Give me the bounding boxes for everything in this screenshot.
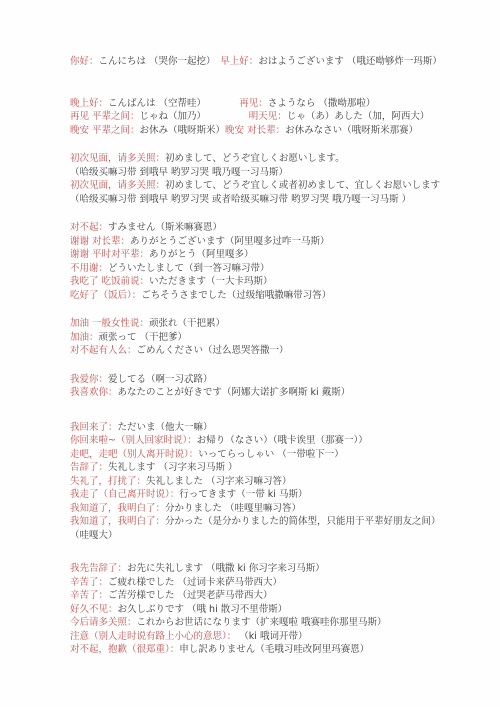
phrase-text-jp: ありがとう（阿里嘎多） (149, 249, 254, 260)
phrase-text-jp: お休み（哦呀斯米） (140, 125, 226, 136)
phrase-line: 辛苦了：ご疲れ様でした （过词卡来萨马带西大） (70, 576, 462, 590)
phrase-text-jp: ごめんください（过么恩哭答撒一） (137, 345, 289, 356)
phrase-text-jp: ありがとうございます（阿里嘎多过咋一马斯） (130, 236, 330, 247)
phrase-text-jp: 申し訳ありません（毛哦习哇改阿里玛赛恩） (179, 644, 369, 655)
phrase-line: 初次见面，请多关照：初めまして、どうぞ宜しくお愿いします。 (70, 152, 462, 166)
phrase-text-jp: 分かりました （哇嘎里嘛习答） (165, 503, 301, 514)
phrase-text-jp: 顽张れ（干把累） (149, 318, 225, 329)
phrase-line: 谢谢 平时对平辈：ありがとう（阿里嘎多） (70, 248, 462, 262)
phrase-text-jp: ご疲れ様でした （过词卡来萨马带西大） (108, 577, 282, 588)
phrase-label-cn: 失礼了，打扰了： (70, 476, 146, 487)
phrase-label-cn: 你回来啦~（别人回家时说）： (70, 435, 197, 446)
phrase-line: 失礼了，打扰了：失礼しました （习字来习嘛习答） (70, 475, 462, 489)
phrase-line: 我走了（自己离开时说）：行ってきます（一带 ki 马斯） (70, 488, 462, 502)
phrase-line: 晚安 平辈之间：お休み（哦呀斯米）晚安 对长辈：お休みなさい（哦呀斯米那赛） (70, 124, 462, 138)
phrase-text-jp: （哇嘎大） (70, 530, 118, 541)
phrase-label-cn: 晚安 对长辈： (225, 125, 285, 136)
phrase-line: 初次见面，请多关照：初めまして、どうぞ宜しく或者初めまして、宜しくお愿いします (70, 179, 462, 193)
phrase-label-cn: 初次见面，请多关照： (70, 180, 165, 191)
phrase-section: 你好：こんにちは （哭你一起挖） 早上好：おはようございます （哦还呦够炸一玛斯… (70, 55, 462, 69)
phrase-label-cn: 走吧，走吧（别人离开时说）： (70, 449, 198, 460)
phrase-label-cn: 明天见： (249, 111, 287, 122)
phrase-line: 我吃了 吃饭前说：いただきます（一大卡玛斯） (70, 275, 462, 289)
phrase-line: （哈级买嘛习带 到哦早 哟罗习哭 或者哈级买嘛习带 哟罗习哭 哦乃嘎一习马斯 ） (70, 193, 462, 207)
phrase-section: 晚上好：こんばんは （空帮哇） 再见：さようなら （撒呦那啦）再见 平辈之间：じ… (70, 97, 462, 138)
phrase-line: 你好：こんにちは （哭你一起挖） 早上好：おはようございます （哦还呦够炸一玛斯… (70, 55, 462, 69)
phrase-text-jp: こんばんは （空帮哇） (108, 98, 239, 109)
phrase-text-jp: どういたしまして（到一答习嘛习带） (108, 263, 270, 274)
phrase-text-jp: 初めまして、どうぞ宜しくお愿いします。 (165, 153, 345, 164)
phrase-text-jp: すみません（斯米嘛赛恩） (108, 222, 222, 233)
phrase-label-cn: 我喜欢你： (70, 387, 118, 398)
phrase-label-cn: 告辞了： (70, 462, 108, 473)
phrase-line: 我先告辞了：お先に失礼します （哦撒 ki 你习字来习马斯） (70, 562, 462, 576)
phrase-label-cn: 加油： (70, 332, 99, 343)
phrase-line: 今后请多关照：これからお世话になります（扩来嘎啦 哦赛哇你那里马斯） (70, 616, 462, 630)
phrase-line: 晚上好：こんばんは （空帮哇） 再见：さようなら （撒呦那啦） (70, 97, 462, 111)
phrase-line: 加油：顽张って （干把爹） (70, 331, 462, 345)
phrase-label-cn: 我爱你： (70, 374, 108, 385)
phrase-label-cn: 谢谢 对长辈： (70, 236, 130, 247)
phrasebook-page: 你好：こんにちは （哭你一起挖） 早上好：おはようございます （哦还呦够炸一玛斯… (0, 0, 500, 707)
phrase-label-cn: 我回来了： (70, 422, 118, 433)
phrase-label-cn: 辛苦了： (70, 577, 108, 588)
phrase-line: 辛苦了：ご苦労様でした （过哭老萨马带西大） (70, 589, 462, 603)
phrase-line: 再见 平辈之间：じゃね（加乃） 明天见：じゃ（あ）あした（加，阿西大） (70, 110, 462, 124)
phrase-text-jp: 爱してる（啊一习忒路） (108, 374, 213, 385)
phrase-text-jp: 分かった（是分かりました的简体型，只能用于平辈好朋友之间） (165, 516, 441, 527)
phrase-section: 初次见面，请多关照：初めまして、どうぞ宜しくお愿いします。（哈级买嘛习带 到哦早… (70, 152, 462, 206)
phrase-line: 加油 一般女性说：顽张れ（干把累） (70, 317, 462, 331)
phrase-text-jp: じゃ（あ）あした（加，阿西大） (287, 111, 430, 122)
phrase-line: （哈级买嘛习带 到哦早 哟罗习哭 哦乃嘎一习马斯） (70, 166, 462, 180)
phrase-label-cn: 不用谢： (70, 263, 108, 274)
phrase-label-cn: 我走了（自己离开时说）： (70, 489, 179, 500)
phrase-label-cn: 对不起： (70, 222, 108, 233)
phrase-section: 我爱你：爱してる（啊一习忒路）我喜欢你：あなたのことが好きです（阿娜大诺扩多啊斯… (70, 373, 462, 400)
phrase-line: 不用谢：どういたしまして（到一答习嘛习带） (70, 262, 462, 276)
phrase-text-jp: （ki 哦词开带） (236, 631, 307, 642)
phrase-text-jp: さようなら （撒呦那啦） (268, 98, 376, 109)
phrase-label-cn: 早上好： (220, 56, 258, 67)
phrase-text-jp: おはようございます （哦还呦够炸一玛斯） (258, 56, 442, 67)
phrase-line: 告辞了：失礼します （习字来习马斯 ） (70, 461, 462, 475)
phrase-label-cn: 晚上好： (70, 98, 108, 109)
phrase-text-jp: 失礼しました （习字来习嘛习答） (146, 476, 292, 487)
phrase-line: 对不起有人么：ごめんください（过么恩哭答撒一） (70, 344, 462, 358)
phrase-text-jp: あなたのことが好きです（阿娜大诺扩多啊斯 ki 戴斯） (118, 387, 351, 398)
phrase-label-cn: 注意（别人走时说有路上小心的意思）： (70, 631, 236, 642)
phrase-line: 注意（别人走时说有路上小心的意思）： （ki 哦词开带） (70, 630, 462, 644)
phrase-label-cn: 我知道了，我明白了： (70, 503, 165, 514)
phrase-line: 吃好了（饭后）：ごちそうさまでした（过级缩哦撒嘛带习答） (70, 289, 462, 303)
phrase-text-jp: 失礼します （习字来习马斯 ） (108, 462, 238, 473)
phrase-line: 你回来啦~（别人回家时说）：お帰り（なさい）（哦卡诶里（那赛一）） (70, 434, 462, 448)
phrase-text-jp: 初めまして、どうぞ宜しく或者初めまして、宜しくお愿いします (165, 180, 440, 191)
phrase-label-cn: 加油 一般女性说： (70, 318, 149, 329)
phrase-label-cn: 谢谢 平时对平辈： (70, 249, 149, 260)
phrase-line: 我知道了，我明白了：分かりました （哇嘎里嘛习答） (70, 502, 462, 516)
phrase-label-cn: 对不起，抱歉（很郑重）： (70, 644, 179, 655)
phrase-text-jp: ただいま（他大一嘛） (118, 422, 213, 433)
phrase-label-cn: 我知道了，我明白了： (70, 516, 165, 527)
phrase-text-jp: ご苦労様でした （过哭老萨马带西大） (108, 590, 273, 601)
phrase-line: 我回来了：ただいま（他大一嘛） (70, 421, 462, 435)
phrase-label-cn: 初次见面，请多关照： (70, 153, 165, 164)
phrase-text-jp: （哈级买嘛习带 到哦早 哟罗习哭 哦乃嘎一习马斯） (70, 167, 288, 178)
phrase-line: 谢谢 对长辈：ありがとうございます（阿里嘎多过咋一马斯） (70, 235, 462, 249)
phrase-label-cn: 好久不见： (70, 604, 118, 615)
phrase-line: 对不起：すみません（斯米嘛赛恩） (70, 221, 462, 235)
document-body: 你好：こんにちは （哭你一起挖） 早上好：おはようございます （哦还呦够炸一玛斯… (0, 0, 500, 657)
phrase-section: 加油 一般女性说：顽张れ（干把累）加油：顽张って （干把爹）对不起有人么：ごめん… (70, 317, 462, 358)
phrase-label-cn: 再见 平辈之间： (70, 111, 140, 122)
phrase-line: 我爱你：爱してる（啊一习忒路） (70, 373, 462, 387)
phrase-label-cn: 辛苦了： (70, 590, 108, 601)
phrase-section: 我先告辞了：お先に失礼します （哦撒 ki 你习字来习马斯）辛苦了：ご疲れ様でし… (70, 562, 462, 657)
phrase-label-cn: 我吃了 吃饭前说： (70, 276, 149, 287)
phrase-line: 对不起，抱歉（很郑重）：申し訳ありません（毛哦习哇改阿里玛赛恩） (70, 643, 462, 657)
phrase-text-jp: じゃね（加乃） (140, 111, 249, 122)
phrase-text-jp: （哈级买嘛习带 到哦早 哟罗习哭 或者哈级买嘛习带 哟罗习哭 哦乃嘎一习马斯 ） (70, 194, 411, 205)
phrase-text-jp: 行ってきます（一带 ki 马斯） (179, 489, 307, 500)
phrase-text-jp: お先に失礼します （哦撒 ki 你习字来习马斯） (127, 563, 325, 574)
phrase-label-cn: 再见： (239, 98, 268, 109)
phrase-text-jp: いただきます（一大卡玛斯） (149, 276, 273, 287)
phrase-line: 好久不见：お久しぶりです （哦 hi 散习不里带斯） (70, 603, 462, 617)
phrase-text-jp: お休みなさい（哦呀斯米那赛） (285, 125, 418, 136)
phrase-line: 走吧，走吧（别人离开时说）：いってらっしゃい （一带啦下一） (70, 448, 462, 462)
phrase-line: 我喜欢你：あなたのことが好きです（阿娜大诺扩多啊斯 ki 戴斯） (70, 386, 462, 400)
phrase-text-jp: 顽张って （干把爹） (99, 332, 188, 343)
phrase-text-jp: これからお世话になります（扩来嘎啦 哦赛哇你那里马斯） (137, 617, 387, 628)
phrase-section: 对不起：すみません（斯米嘛赛恩）谢谢 对长辈：ありがとうございます（阿里嘎多过咋… (70, 221, 462, 302)
phrase-label-cn: 对不起有人么： (70, 345, 137, 356)
phrase-line: 我知道了，我明白了：分かった（是分かりました的简体型，只能用于平辈好朋友之间） (70, 515, 462, 529)
phrase-text-jp: こんにちは （哭你一起挖） (99, 56, 221, 67)
phrase-text-jp: いってらっしゃい （一带啦下一） (198, 449, 344, 460)
phrase-line: （哇嘎大） (70, 529, 462, 543)
phrase-label-cn: 我先告辞了： (70, 563, 127, 574)
phrase-label-cn: 晚安 平辈之间： (70, 125, 140, 136)
phrase-section: 我回来了：ただいま（他大一嘛）你回来啦~（别人回家时说）：お帰り（なさい）（哦卡… (70, 421, 462, 543)
phrase-text-jp: ごちそうさまでした（过级缩哦撒嘛带习答） (141, 290, 331, 301)
phrase-text-jp: お久しぶりです （哦 hi 散习不里带斯） (118, 604, 288, 615)
phrase-text-jp: お帰り（なさい）（哦卡诶里（那赛一）） (197, 435, 368, 446)
phrase-label-cn: 吃好了（饭后）： (70, 290, 141, 301)
phrase-label-cn: 今后请多关照： (70, 617, 137, 628)
phrase-label-cn: 你好： (70, 56, 99, 67)
